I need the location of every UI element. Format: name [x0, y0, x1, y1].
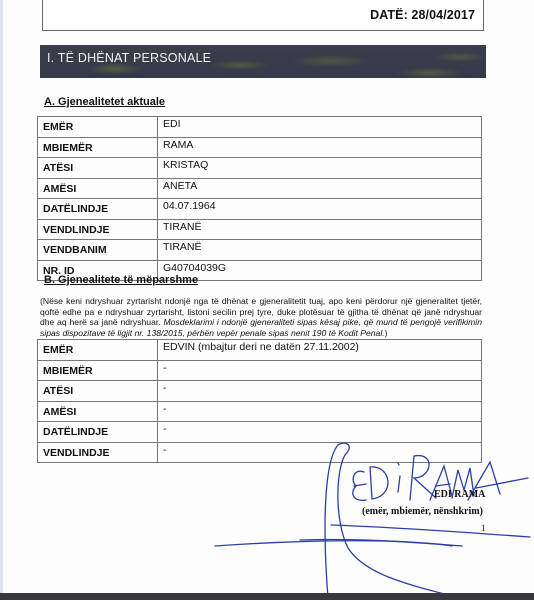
page-number: 1 [481, 523, 486, 533]
signature-caption: (emër, mbiemër, nënshkrim) [362, 506, 483, 517]
viewer-bottom-bar [0, 593, 534, 600]
signatory-name: EDI RAMA [434, 489, 485, 500]
